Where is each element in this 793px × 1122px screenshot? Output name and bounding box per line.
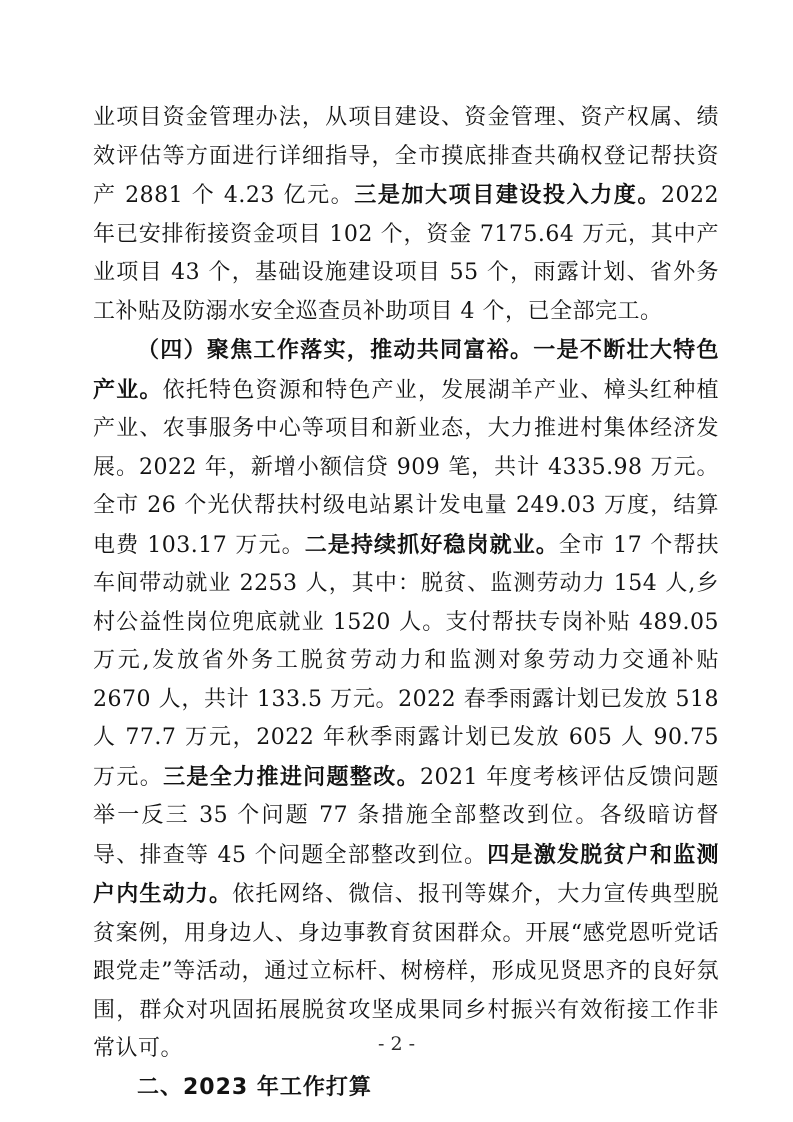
page-footer: - 2 - [0, 1033, 793, 1055]
page-number: - 2 - [378, 1033, 415, 1055]
text-run: 依托特色资源和特色产业，发展湖羊产业、樟头红种植产业、农事服务中心等项目和新业态… [93, 378, 719, 558]
bold-text-run: 三是加大项目建设投入力度。 [354, 182, 661, 208]
text-run: 全市 17 个帮扶车间带动就业 2253 人，其中：脱贫、监测劳动力 154 人… [93, 533, 719, 790]
bold-text-run: 二是持续抓好稳岗就业。 [305, 532, 559, 558]
section-heading: 二、2023 年工作打算 [93, 1069, 719, 1108]
body-paragraph: （四）聚焦工作落实，推动共同富裕。一是不断壮大特色产业。依托特色资源和特色产业，… [93, 331, 719, 1069]
bold-text-run: 三是全力推进问题整改。 [163, 764, 420, 790]
body-paragraph: 业项目资金管理办法，从项目建设、资金管理、资产权属、绩效评估等方面进行详细指导，… [93, 99, 719, 331]
document-body: 业项目资金管理办法，从项目建设、资金管理、资产权属、绩效评估等方面进行详细指导，… [93, 99, 719, 1107]
document-page: 业项目资金管理办法，从项目建设、资金管理、资产权属、绩效评估等方面进行详细指导，… [0, 0, 793, 1122]
bold-text-run: 二、2023 年工作打算 [137, 1075, 372, 1100]
